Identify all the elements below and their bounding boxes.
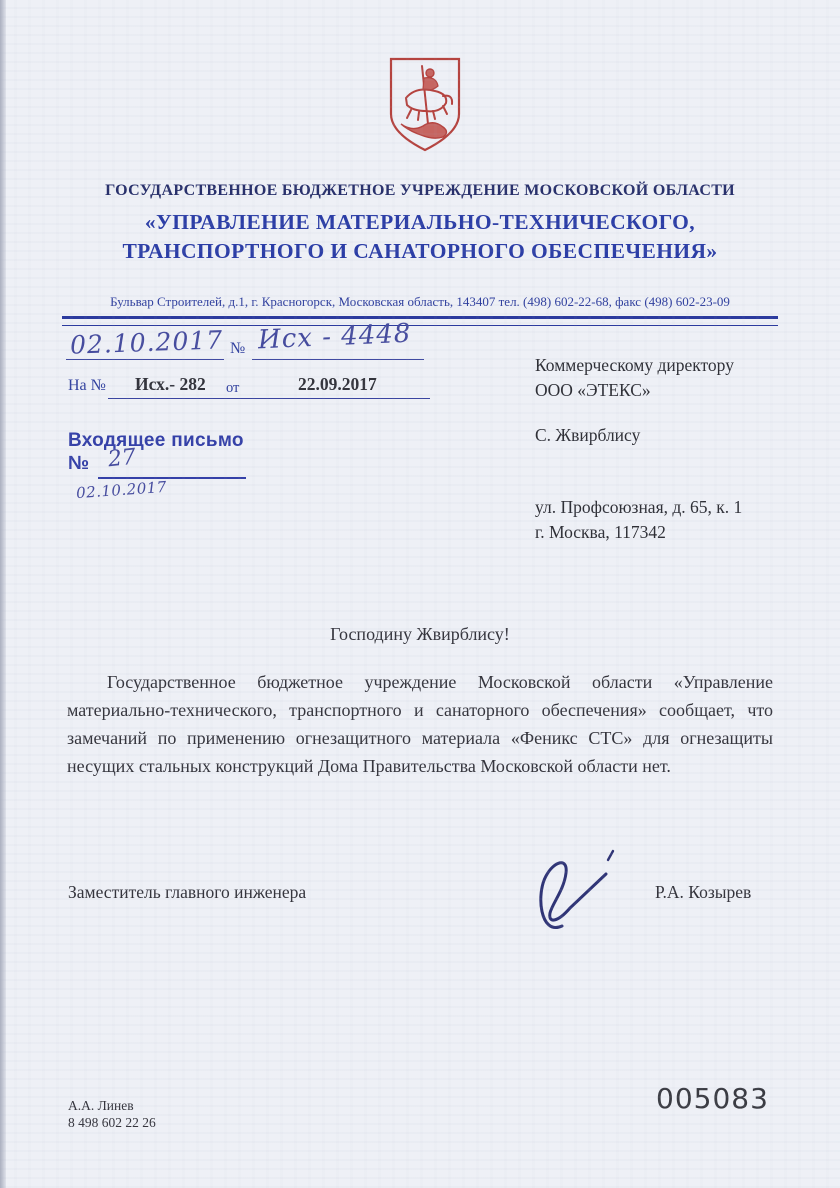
outgoing-date-handwritten: 02.10.2017 (70, 325, 224, 359)
in-reply-number: Исх.- 282 (135, 374, 206, 395)
org-type-line: ГОСУДАРСТВЕННОЕ БЮДЖЕТНОЕ УЧРЕЖДЕНИЕ МОС… (0, 182, 840, 200)
blank-underline (66, 358, 224, 360)
handwritten-signature-icon (526, 846, 618, 946)
scanned-letter-page: ГОСУДАРСТВЕННОЕ БЮДЖЕТНОЕ УЧРЕЖДЕНИЕ МОС… (0, 0, 840, 1188)
org-name-line-2: ТРАНСПОРТНОГО И САНАТОРНОГО ОБЕСПЕЧЕНИЯ» (0, 239, 840, 264)
incoming-stamp-number-sign: № (68, 453, 89, 475)
signer-name: Р.А. Козырев (655, 882, 751, 903)
org-address-line: Бульвар Строителей, д.1, г. Красногорск,… (0, 294, 840, 310)
in-reply-label: На № (68, 377, 106, 395)
addressee-city: г. Москва, 117342 (535, 522, 666, 543)
salutation: Господину Жвирблису! (0, 624, 840, 645)
incoming-stamp-date-handwritten: 02.10.2017 (75, 478, 167, 502)
signer-position: Заместитель главного инженера (68, 882, 306, 903)
addressee-street: ул. Профсоюзная, д. 65, к. 1 (535, 497, 742, 518)
blank-underline (252, 358, 424, 360)
executor-phone: 8 498 602 22 26 (68, 1115, 156, 1131)
scan-noise-overlay (0, 0, 840, 1188)
blank-underline (108, 397, 430, 399)
addressee-company-line: ООО «ЭТЕКС» (535, 380, 651, 401)
scan-edge-shadow (0, 0, 6, 1188)
in-reply-date: 22.09.2017 (298, 374, 377, 395)
org-name-line-1: «УПРАВЛЕНИЕ МАТЕРИАЛЬНО-ТЕХНИЧЕСКОГО, (0, 210, 840, 235)
letter-body-paragraph: Государственное бюджетное учреждение Мос… (67, 668, 773, 780)
executor-name: А.А. Линев (68, 1098, 134, 1114)
page-number-stamp: 005083 (656, 1082, 769, 1115)
header-divider (62, 316, 778, 326)
addressee-position-line: Коммерческому директору (535, 355, 734, 376)
in-reply-ot-label: от (226, 380, 239, 397)
outgoing-number-handwritten: Исх - 4448 (257, 319, 412, 356)
incoming-stamp-number-handwritten: 27 (107, 445, 137, 473)
coat-of-arms-icon (385, 56, 465, 154)
number-sign: № (230, 340, 245, 358)
blank-underline (98, 477, 246, 479)
incoming-stamp-title: Входящее письмо (68, 430, 244, 452)
addressee-name: С. Жвирблису (535, 425, 640, 446)
